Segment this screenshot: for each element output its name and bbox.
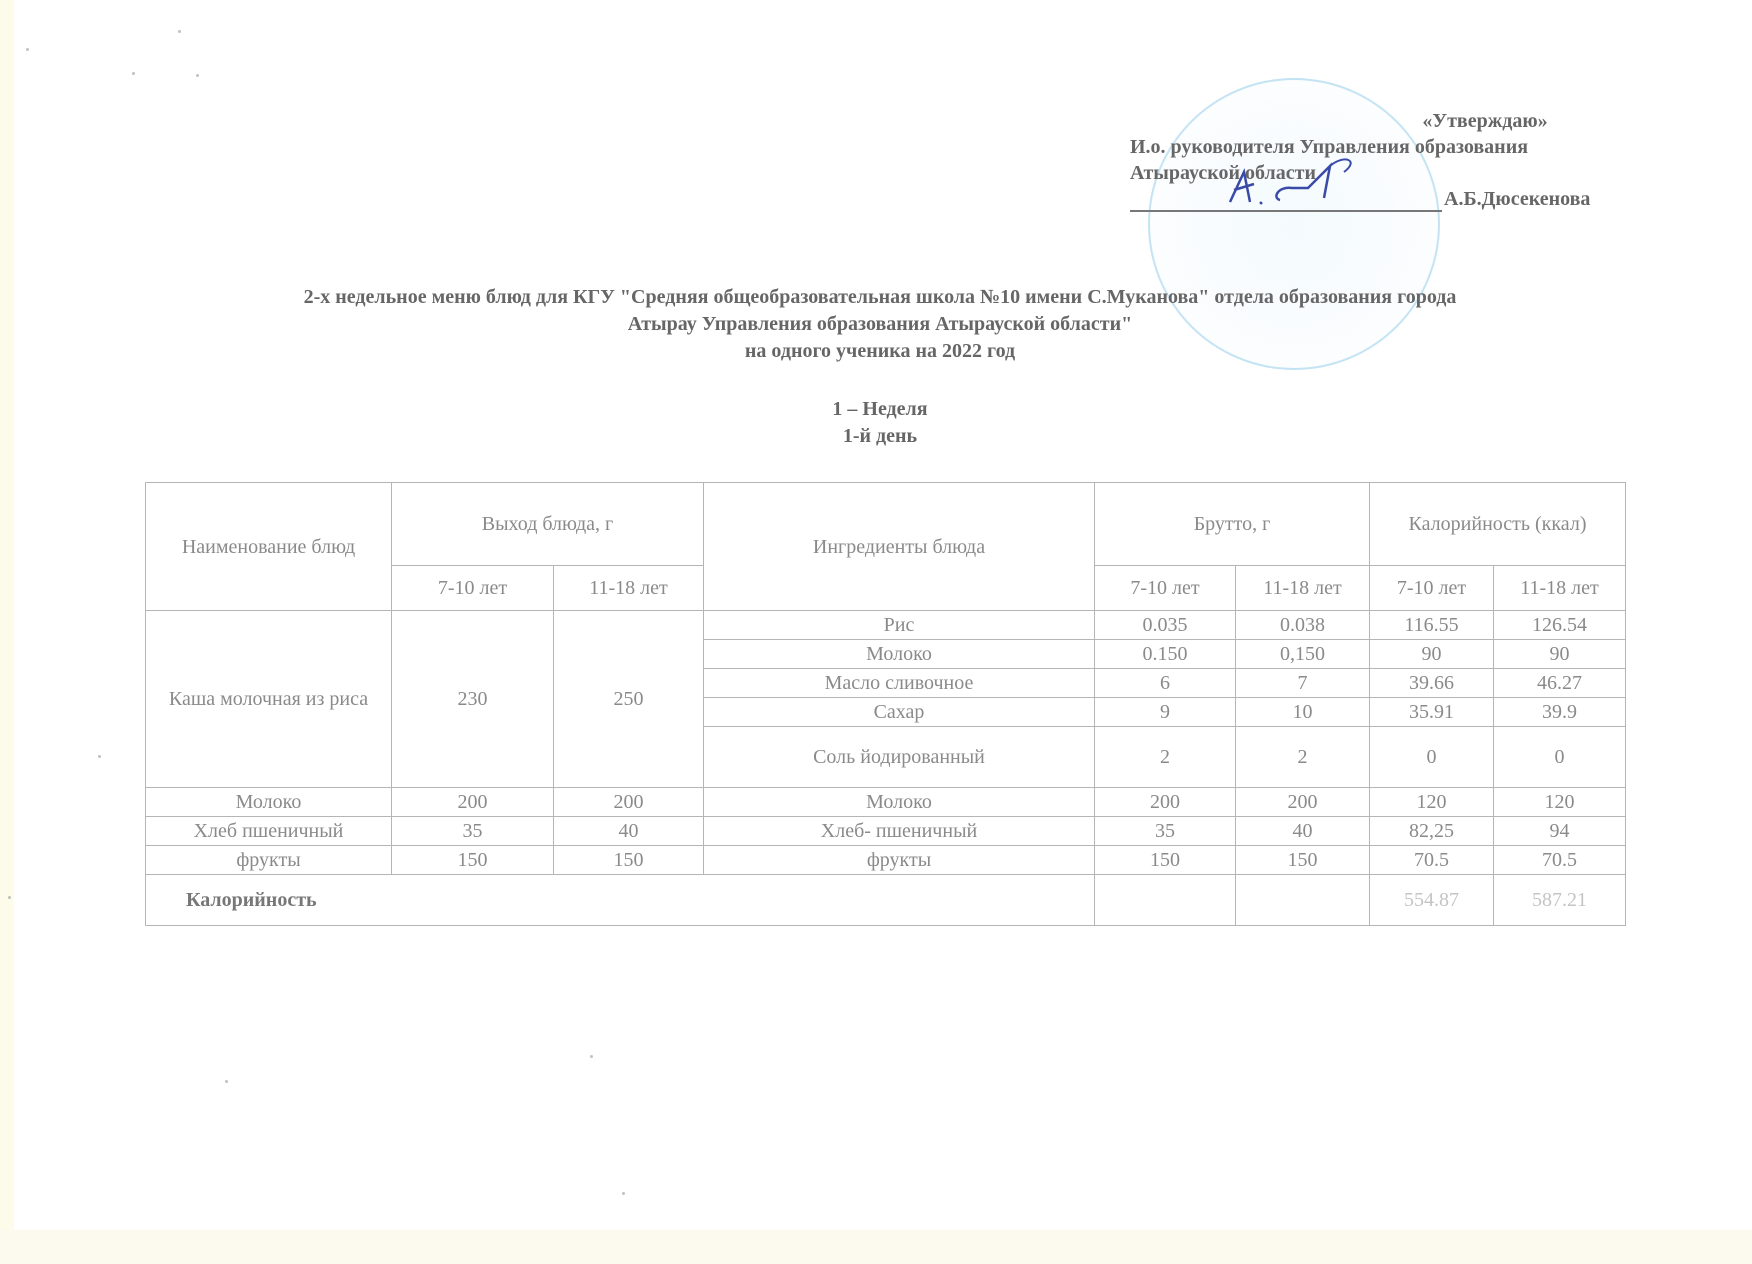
header-age: 11-18 лет <box>1494 566 1626 611</box>
kcal-11-18: 0 <box>1494 727 1626 788</box>
table-row: Каша молочная из риса230250Рис0.0350.038… <box>146 611 1626 640</box>
gross-7-10: 150 <box>1095 846 1236 875</box>
menu-table: Наименование блюд Выход блюда, г Ингреди… <box>145 482 1626 926</box>
kcal-7-10: 35.91 <box>1370 698 1494 727</box>
table-row: Хлеб пшеничный3540Хлеб- пшеничный354082,… <box>146 817 1626 846</box>
dish-yield-11-18: 250 <box>554 611 704 788</box>
gross-11-18: 150 <box>1236 846 1370 875</box>
dish-name: Хлеб пшеничный <box>146 817 392 846</box>
approval-title: «Утверждаю» <box>1130 108 1650 134</box>
scan-speck <box>590 1055 593 1058</box>
ingredient-name: Соль йодированный <box>704 727 1095 788</box>
kcal-7-10: 82,25 <box>1370 817 1494 846</box>
gross-11-18: 10 <box>1236 698 1370 727</box>
scan-speck <box>26 48 29 51</box>
kcal-7-10: 70.5 <box>1370 846 1494 875</box>
gross-11-18: 7 <box>1236 669 1370 698</box>
kcal-7-10: 120 <box>1370 788 1494 817</box>
day-label: 1-й день <box>0 423 1752 450</box>
total-label: Калорийность <box>146 875 1095 926</box>
header-dish-name: Наименование блюд <box>146 483 392 611</box>
signature-line <box>1130 188 1442 212</box>
total-kcal-7-10: 554.87 <box>1370 875 1494 926</box>
dish-name: Молоко <box>146 788 392 817</box>
approval-block: «Утверждаю» И.о. руководителя Управления… <box>1130 108 1650 212</box>
dish-yield-7-10: 200 <box>392 788 554 817</box>
gross-11-18: 200 <box>1236 788 1370 817</box>
gross-11-18: 2 <box>1236 727 1370 788</box>
gross-7-10: 9 <box>1095 698 1236 727</box>
scan-speck <box>8 896 11 899</box>
table-row: Молоко200200Молоко200200120120 <box>146 788 1626 817</box>
kcal-11-18: 46.27 <box>1494 669 1626 698</box>
approval-position: И.о. руководителя Управления образования <box>1130 134 1650 160</box>
gross-11-18: 0.038 <box>1236 611 1370 640</box>
dish-yield-11-18: 40 <box>554 817 704 846</box>
gross-7-10: 0.150 <box>1095 640 1236 669</box>
table-row: фрукты150150фрукты15015070.570.5 <box>146 846 1626 875</box>
gross-11-18: 40 <box>1236 817 1370 846</box>
ingredient-name: Сахар <box>704 698 1095 727</box>
ingredient-name: фрукты <box>704 846 1095 875</box>
ingredient-name: Хлеб- пшеничный <box>704 817 1095 846</box>
kcal-11-18: 120 <box>1494 788 1626 817</box>
header-age: 11-18 лет <box>1236 566 1370 611</box>
title-line: на одного ученика на 2022 год <box>120 338 1640 365</box>
kcal-11-18: 90 <box>1494 640 1626 669</box>
dish-yield-7-10: 150 <box>392 846 554 875</box>
title-line: 2-х недельное меню блюд для КГУ "Средняя… <box>120 284 1640 311</box>
scan-speck <box>178 30 181 33</box>
total-row: Калорийность554.87587.21 <box>146 875 1626 926</box>
header-calories: Калорийность (ккал) <box>1370 483 1626 566</box>
kcal-11-18: 126.54 <box>1494 611 1626 640</box>
header-age: 7-10 лет <box>392 566 554 611</box>
kcal-11-18: 94 <box>1494 817 1626 846</box>
dish-name: фрукты <box>146 846 392 875</box>
kcal-11-18: 39.9 <box>1494 698 1626 727</box>
handwritten-signature-icon <box>1220 158 1370 208</box>
approval-region: Атырауской области <box>1130 160 1650 186</box>
document-title: 2-х недельное меню блюд для КГУ "Средняя… <box>120 284 1640 365</box>
signer-name: А.Б.Дюсекенова <box>1444 186 1590 212</box>
kcal-7-10: 90 <box>1370 640 1494 669</box>
dish-yield-11-18: 150 <box>554 846 704 875</box>
total-gross-7-10 <box>1095 875 1236 926</box>
scan-edge <box>0 1230 1752 1264</box>
dish-yield-7-10: 35 <box>392 817 554 846</box>
title-line: Атырау Управления образования Атырауской… <box>120 311 1640 338</box>
ingredient-name: Рис <box>704 611 1095 640</box>
gross-7-10: 200 <box>1095 788 1236 817</box>
scan-edge <box>0 0 14 1264</box>
dish-yield-7-10: 230 <box>392 611 554 788</box>
header-age: 7-10 лет <box>1370 566 1494 611</box>
gross-7-10: 0.035 <box>1095 611 1236 640</box>
scan-speck <box>225 1080 228 1083</box>
header-gross: Брутто, г <box>1095 483 1370 566</box>
ingredient-name: Молоко <box>704 788 1095 817</box>
gross-7-10: 35 <box>1095 817 1236 846</box>
kcal-7-10: 39.66 <box>1370 669 1494 698</box>
gross-7-10: 6 <box>1095 669 1236 698</box>
dish-yield-11-18: 200 <box>554 788 704 817</box>
scan-speck <box>132 72 135 75</box>
dish-name: Каша молочная из риса <box>146 611 392 788</box>
total-kcal-11-18: 587.21 <box>1494 875 1626 926</box>
gross-7-10: 2 <box>1095 727 1236 788</box>
header-yield: Выход блюда, г <box>392 483 704 566</box>
week-label: 1 – Неделя <box>0 396 1752 423</box>
scan-speck <box>196 74 199 77</box>
header-ingredients: Ингредиенты блюда <box>704 483 1095 611</box>
total-gross-11-18 <box>1236 875 1370 926</box>
ingredient-name: Масло сливочное <box>704 669 1095 698</box>
scan-speck <box>622 1192 625 1195</box>
kcal-11-18: 70.5 <box>1494 846 1626 875</box>
gross-11-18: 0,150 <box>1236 640 1370 669</box>
kcal-7-10: 116.55 <box>1370 611 1494 640</box>
scan-speck <box>98 755 101 758</box>
header-age: 7-10 лет <box>1095 566 1236 611</box>
header-age: 11-18 лет <box>554 566 704 611</box>
period-heading: 1 – Неделя 1-й день <box>0 396 1752 450</box>
kcal-7-10: 0 <box>1370 727 1494 788</box>
ingredient-name: Молоко <box>704 640 1095 669</box>
